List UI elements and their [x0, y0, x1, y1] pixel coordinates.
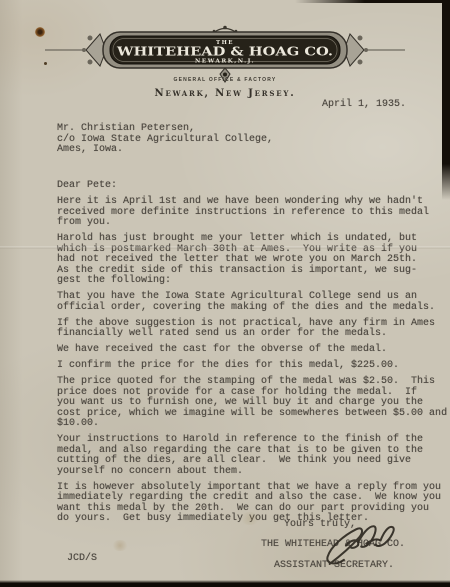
- stain: [240, 512, 260, 525]
- recipient-address: Mr. Christian Petersen, c/o Iowa State A…: [57, 124, 273, 156]
- paper-fold-crease: [0, 246, 450, 249]
- paragraph-5: We have received the cast for the obvers…: [57, 345, 447, 356]
- letter-date: April 1, 1935.: [322, 100, 406, 111]
- paragraph-8: Your instructions to Harold in reference…: [57, 435, 447, 477]
- scan-edge-bottom: [0, 580, 450, 587]
- signature-scrawl: [299, 513, 401, 569]
- paragraph-2: Harold has just brought me your letter w…: [57, 234, 447, 287]
- letterhead-company-location: NEWARK,N.J.: [195, 59, 255, 65]
- paragraph-4: If the above suggestion is not practical…: [57, 319, 447, 340]
- paragraph-6: I confirm the price for the dies for thi…: [57, 361, 447, 372]
- letterhead-office-line: GENERAL OFFICE & FACTORY: [0, 77, 450, 83]
- letter-scan-page: THE WHITEHEAD & HOAG CO. NEWARK,N.J. GEN…: [0, 0, 450, 587]
- reference-initials: JCD/S: [67, 554, 97, 565]
- letterhead-city-line: Newark, New Jersey.: [0, 88, 450, 99]
- stain: [112, 540, 128, 551]
- stain: [35, 27, 45, 37]
- letter-body: Dear Pete: Here it is April 1st and we h…: [57, 181, 447, 525]
- scan-edge-right: [442, 0, 450, 200]
- letterhead-company-name: WHITEHEAD & HOAG CO.: [116, 44, 333, 59]
- scan-edge-top: [295, 0, 450, 3]
- paragraph-3: That you have the Iowa State Agricultura…: [57, 292, 447, 313]
- paragraph-1: Here it is April 1st and we have been wo…: [57, 197, 447, 229]
- paragraph-7: The price quoted for the stamping of the…: [57, 377, 447, 430]
- salutation: Dear Pete:: [57, 181, 447, 192]
- stain: [44, 62, 47, 65]
